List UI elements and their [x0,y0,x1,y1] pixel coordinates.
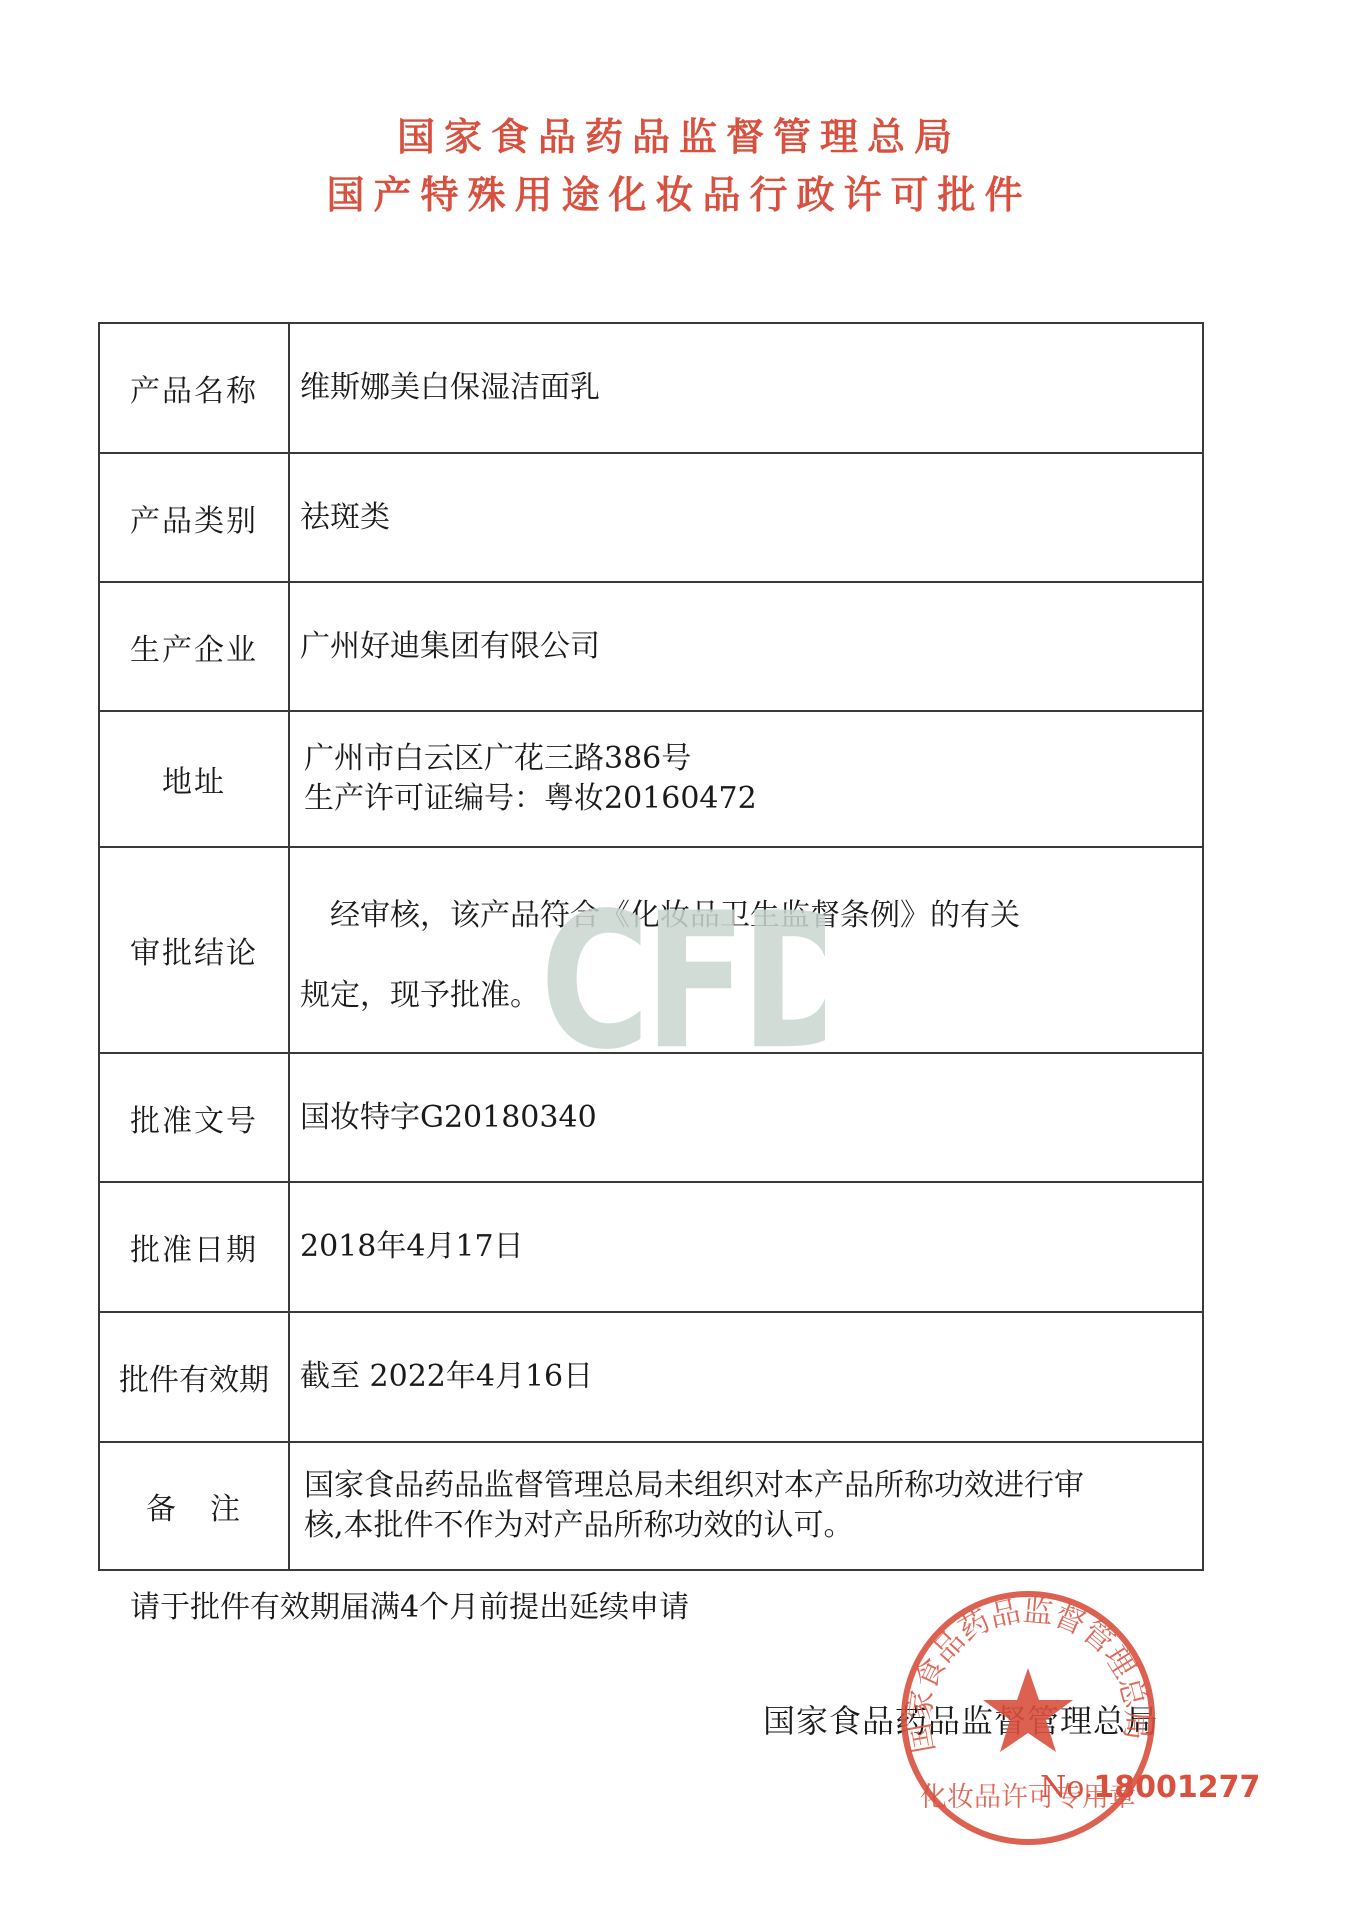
row-value: 广州好迪集团有限公司 [290,583,1202,710]
row-label: 批件有效期 [100,1313,290,1441]
table-row-approval-number: 批准文号 国妆特字G20180340 [100,1052,1202,1181]
document-title-agency: 国家食品药品监督管理总局 [0,106,1358,161]
table-row-approval-date: 批准日期 2018年4月17日 [100,1181,1202,1311]
row-value: 截至 2022年4月16日 [290,1313,1202,1441]
validity-period: 截至 2022年4月16日 [300,1357,1202,1397]
document-title-permit: 国产特殊用途化妆品行政许可批件 [0,164,1358,219]
row-value: 国家食品药品监督管理总局未组织对本产品所称功效进行审 核,本批件不作为对产品所称… [290,1443,1202,1569]
table-row-product-name: 产品名称 维斯娜美白保湿洁面乳 [100,324,1202,452]
table-row-conclusion: 审批结论 经审核，该产品符合《化妆品卫生监督条例》的有关 规定，现予批准。 [100,846,1202,1052]
conclusion-text-line2: 规定，现予批准。 [300,956,1202,1036]
row-value: 广州市白云区广花三路386号 生产许可证编号：粤妆20160472 [290,712,1202,846]
permit-table: 产品名称 维斯娜美白保湿洁面乳 产品类别 祛斑类 生产企业 广州好迪集团有限公司… [98,322,1204,1571]
renewal-footnote: 请于批件有效期届满4个月前提出延续申请 [130,1582,689,1626]
table-row-validity: 批件有效期 截至 2022年4月16日 [100,1311,1202,1441]
production-license-number: 生产许可证编号：粤妆20160472 [304,779,1202,819]
row-label: 备 注 [100,1443,290,1569]
address: 广州市白云区广花三路386号 [304,739,1202,779]
row-value: 祛斑类 [290,454,1202,581]
seal-serial-digits: 18001277 [1093,1770,1260,1805]
product-name: 维斯娜美白保湿洁面乳 [300,368,1202,408]
table-row-remarks: 备 注 国家食品药品监督管理总局未组织对本产品所称功效进行审 核,本批件不作为对… [100,1441,1202,1569]
row-label: 审批结论 [100,848,290,1052]
row-label: 产品名称 [100,324,290,452]
row-label: 生产企业 [100,583,290,710]
seal-serial-prefix: No. [1040,1770,1093,1805]
row-label: 批准日期 [100,1183,290,1311]
row-value: 国妆特字G20180340 [290,1054,1202,1181]
row-label: 批准文号 [100,1054,290,1181]
manufacturer: 广州好迪集团有限公司 [300,627,1202,667]
remarks-line1: 国家食品药品监督管理总局未组织对本产品所称功效进行审 [304,1466,1202,1506]
row-label: 地址 [100,712,290,846]
row-value: 维斯娜美白保湿洁面乳 [290,324,1202,452]
row-value: 经审核，该产品符合《化妆品卫生监督条例》的有关 规定，现予批准。 [290,848,1202,1052]
table-row-manufacturer: 生产企业 广州好迪集团有限公司 [100,581,1202,710]
table-row-product-category: 产品类别 祛斑类 [100,452,1202,581]
remarks-line2: 核,本批件不作为对产品所称功效的认可。 [304,1506,1202,1546]
conclusion-text-line1: 经审核，该产品符合《化妆品卫生监督条例》的有关 [300,876,1202,956]
issuing-agency-signature: 国家食品药品监督管理总局 [763,1696,1159,1742]
approval-number: 国妆特字G20180340 [300,1098,1202,1138]
product-category: 祛斑类 [300,498,1202,538]
table-row-address: 地址 广州市白云区广花三路386号 生产许可证编号：粤妆20160472 [100,710,1202,846]
approval-date: 2018年4月17日 [300,1227,1202,1267]
row-value: 2018年4月17日 [290,1183,1202,1311]
seal-serial-number: No.18001277 [1040,1770,1260,1805]
row-label: 产品类别 [100,454,290,581]
